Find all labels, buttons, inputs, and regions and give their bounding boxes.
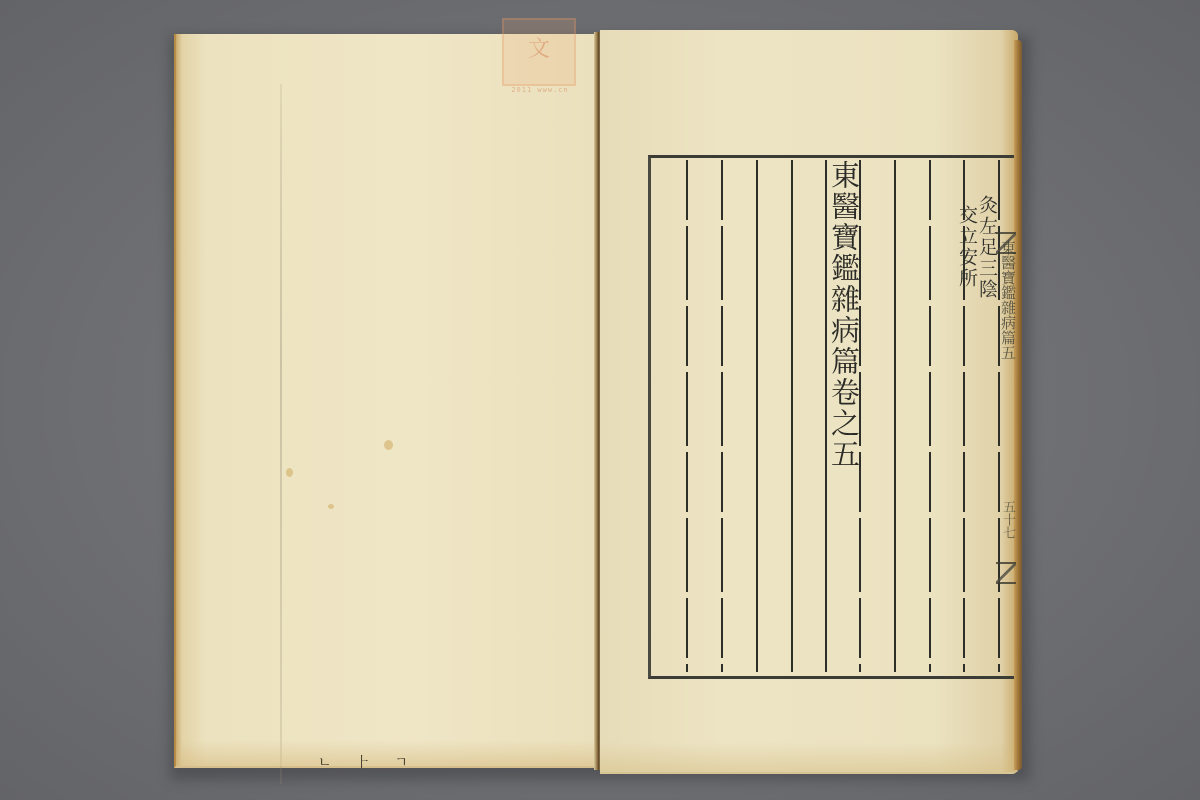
watermark-caption: 2011 www.cn [500,86,580,94]
bottom-edge-marks: ㄴ ⺊ ㄱ [318,752,418,772]
left-page [174,34,598,768]
page-crease [280,84,282,784]
foxing-stain [384,440,393,450]
volume-title: 東醫寶鑑雜病篇卷之五 [826,160,862,470]
foxing-stain [286,468,293,477]
center-fold-page-number: 五十七 [998,500,1017,539]
fore-edge [1014,40,1022,770]
fish-tail-mark-icon [996,562,1016,584]
column-rule [894,160,896,672]
foxing-stain [328,504,334,509]
center-fold-title: 東醫寶鑑雜病篇五 [996,240,1018,360]
column-rule [929,160,931,672]
column-rule [756,160,758,672]
text-column-2: 交立安所 [956,205,978,289]
column-rule [686,160,688,672]
watermark-logo: 文 [502,18,576,86]
column-rule [791,160,793,672]
text-column-1: 灸左足三陰 [976,195,998,300]
column-rule [721,160,723,672]
